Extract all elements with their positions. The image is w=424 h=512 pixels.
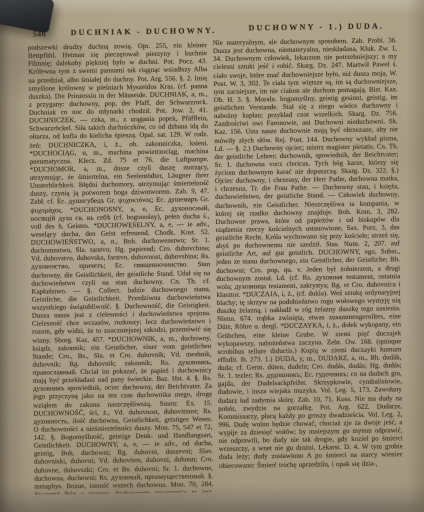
left-column-header: DUCHNIAK - DUCHOWNY. [71, 26, 217, 37]
binder-clip [0, 0, 72, 40]
binder-clip-body [0, 0, 55, 34]
right-column-text: Nie materyalnym, ale duchownym sposobem.… [213, 37, 404, 496]
right-column-header: DUCHOWNY - 1.) DUDA. [249, 21, 385, 32]
dictionary-page: 546 DUCHNIAK - DUCHOWNY. DUCHOWNY - 1.) … [0, 0, 424, 512]
scanned-book-page: 546 DUCHNIAK - DUCHOWNY. DUCHOWNY - 1.) … [0, 0, 424, 512]
left-column-text: podszewki drudzy duchną zowią. Opr. 255,… [28, 42, 214, 495]
